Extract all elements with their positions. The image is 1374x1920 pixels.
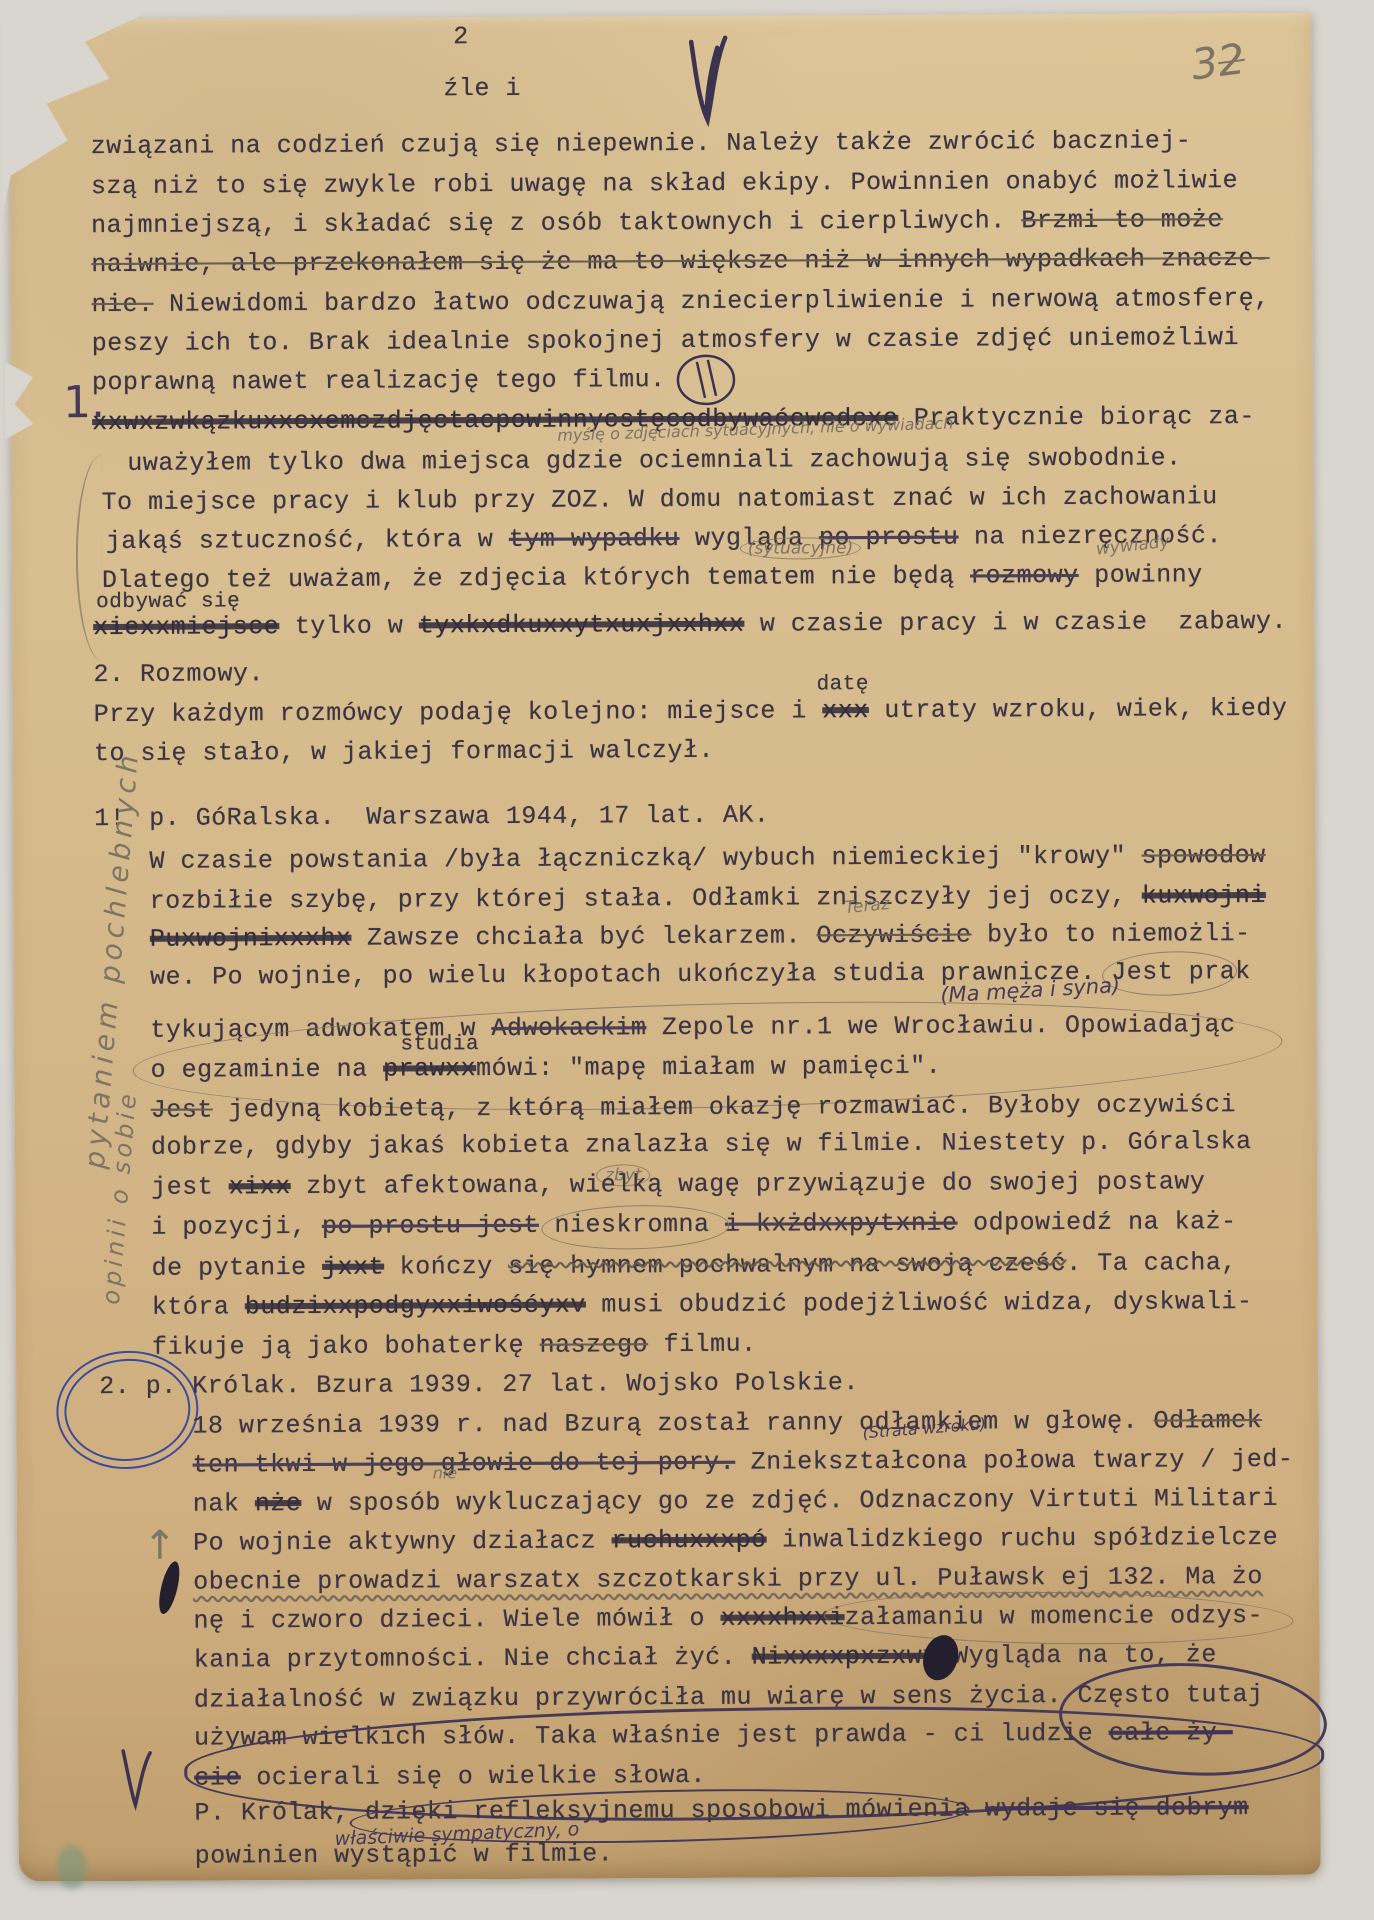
typed-text: inwalidzkiego ruchu spółdzielcze [767, 1523, 1279, 1555]
header-fragment: źle i [443, 75, 521, 104]
typed-line: kania przytomności. Nie chciał żyć. Nixx… [194, 1641, 1217, 1675]
struck-text: Brzmi to może [1021, 205, 1223, 235]
typed-text: W czasie powstania /była łączniczką/ wyb… [149, 842, 1141, 876]
ink-checkmark-icon [681, 34, 734, 130]
ink-check-mark-icon [116, 1745, 156, 1815]
typed-text: rozbiłie szybę, przy której stała. Odłam… [150, 882, 1142, 916]
struck-text: ten tkwi w jego głowie do tej pory. [193, 1448, 736, 1480]
typed-line: to się stało, w jakiej formacji walczył. [94, 737, 714, 769]
handwritten-note-circled: (sytuacyjne) [740, 537, 862, 560]
typed-line: Jest jedyną kobietą, z którą miałem okaz… [151, 1091, 1236, 1125]
typed-text: Zniekształcona połowa twarzy / jed- [735, 1445, 1293, 1477]
typed-text: Należy także zwrócić baczniej- [711, 126, 1192, 158]
typed-line: peszy ich to. Brak idealnie spokojnej at… [92, 324, 1239, 359]
overtyped-text: Nixxxxpxzxwx [752, 1642, 938, 1672]
typed-line: nak nże w sposób wykluczający go ze zdję… [193, 1485, 1278, 1519]
struck-text: rozmowy [970, 561, 1079, 591]
struck-text: Jest [151, 1095, 213, 1124]
struck-text: Odłamek [1154, 1406, 1263, 1436]
struck-text: tym wypadku [509, 524, 680, 554]
typed-text: zbyt afektowana, [291, 1171, 570, 1201]
typed-text: Królak. Bzura 1939. 27 lat. Wojsko Polsk… [177, 1368, 859, 1401]
typed-text: odpowiedź na każ- [957, 1207, 1236, 1237]
handwritten-insertion: nie [433, 1463, 458, 1482]
typed-line: najmniejszą, i składać się z osób taktow… [91, 206, 1223, 241]
typed-line: rozbiłie szybę, przy której stała. Odłam… [150, 882, 1266, 917]
typed-line: de pytanie jxxt kończy się hymnem pochwa… [152, 1249, 1237, 1283]
handwritten-note: Teraz [844, 894, 891, 918]
overtyped-text: xxx [822, 696, 869, 725]
typed-text: kania przytomności. Nie chciał żyć. [194, 1643, 752, 1675]
typed-text: utraty wzroku, wiek, kiedy [869, 694, 1288, 725]
overtyped-text: tyxkxdkuxxytxuxjxxhxx [419, 610, 745, 641]
typed-text: Przy każdym rozmówcy podaję kolejno: mie… [94, 696, 823, 729]
typed-text: i pozycji, [151, 1212, 322, 1242]
typed-text: Niewidomi bardzo łatwo odczuwają zniecie… [153, 284, 1269, 319]
scanned-sheet: 2 32 źle i związani na codzień czują się… [0, 0, 1374, 1920]
typed-text: musi obudzić podejżliwość widza, dyskwal… [586, 1287, 1253, 1319]
typed-text: w sposób [301, 1488, 456, 1518]
typed-text: było to niemożli- [971, 919, 1250, 949]
typed-text: 18 września 1939 r. nad Bzurą został ran… [192, 1407, 1153, 1441]
typed-line: W czasie powstania /była łączniczką/ wyb… [149, 842, 1265, 877]
typed-insertion-above: datę [817, 673, 870, 697]
typed-line: fikuje ją jako bohaterkę naszego filmu. [152, 1331, 757, 1363]
struck-text: spowodow [1142, 841, 1266, 871]
typed-text: na niezręczność. [958, 521, 1222, 551]
typed-line: poprawną nawet realizację tego filmu. [92, 366, 666, 398]
struck-line: naiwnie, ale przekonałem się że ma to wi… [91, 245, 1269, 280]
entry1-heading: p. GóRalska. Warszawa 1944, 17 lat. AK. [149, 802, 769, 834]
struck-text: po prostu jest [322, 1211, 539, 1241]
overtyped-text: kuxwojni [1142, 881, 1266, 911]
typed-line: powinien wystąpić w filmie. [195, 1840, 614, 1871]
typed-text: de pytanie [152, 1253, 323, 1283]
typed-line: Dlatego też uważam, że zdjęcia których t… [102, 561, 1203, 596]
page-number: 2 [453, 23, 469, 52]
struck-text: i kxżdxxpytxnie [725, 1209, 958, 1239]
struck-text: nie. [91, 290, 153, 319]
typed-text: nak [193, 1489, 255, 1518]
typed-text: jedyną kobietą, z którą miałem okazję ro… [213, 1090, 1236, 1124]
overtyped-text: ruchuxxxpó [612, 1526, 767, 1556]
overtyped-text: nże [255, 1489, 302, 1518]
overtyped-text: jxxt [322, 1253, 384, 1282]
overtyped-text: xixx [229, 1172, 291, 1201]
typed-line: 18 września 1939 r. nad Bzurą został ran… [192, 1407, 1262, 1441]
typed-text: Zawsze chciała być lekarzem. [351, 921, 816, 952]
typed-text: związani na codzień czują się niepewnie. [91, 129, 711, 161]
typed-line: Po wojnie aktywny działacz ruchuxxxpó in… [193, 1524, 1278, 1558]
corner-pencil-note: 32 [1188, 34, 1247, 89]
typed-text: nę i czworo dzieci. Wiele mówił o [193, 1604, 720, 1636]
typed-text: fikuje ją jako bohaterkę [152, 1331, 540, 1362]
typed-text: która [152, 1292, 245, 1321]
typed-line: szą niż to się zwykle robi uwagę na skła… [91, 167, 1238, 202]
typed-text: wielką wagę przywiązuje do swojej postaw… [570, 1167, 1206, 1199]
typed-line: nie. Niewidomi bardzo łatwo odczuwają zn… [91, 285, 1269, 320]
typed-text: jakąś sztuczność, która w [106, 525, 509, 556]
typed-text: tylko w [279, 611, 419, 641]
overtyped-text: Puxwojnixxxhx [150, 924, 352, 954]
typed-text: jest [151, 1172, 229, 1201]
struck-text: naszego [540, 1330, 649, 1360]
typed-text: wykluczający go ze zdjęć. Odznaczony Vir… [456, 1484, 1278, 1517]
typed-line: związani na codzień czują się niepewnie.… [91, 127, 1192, 162]
typed-text: P. Królak, [194, 1798, 365, 1828]
typed-text: . Ta cacha, [1066, 1248, 1237, 1278]
typed-line: Puxwojnixxxhx Zawsze chciała być lekarze… [150, 920, 1251, 955]
typed-line: ten tkwi w jego głowie do tej pory. Znie… [193, 1446, 1294, 1481]
typed-line: która budzixxpodgyxxiwośćyxv musi obudzi… [152, 1288, 1253, 1323]
green-stain [57, 1845, 87, 1889]
typed-text: kończy [384, 1252, 508, 1282]
struck-text: Oczywiście [816, 921, 971, 951]
typed-line: jest xixx zbyt afektowana, wielką wagę p… [151, 1168, 1205, 1202]
overtyped-text: xiexxmiejsce [93, 612, 279, 642]
typed-text: powinny [1079, 560, 1203, 590]
ink-scribble-circle-icon [673, 352, 739, 408]
typed-line: jakąś sztuczność, która w tym wypadku wy… [106, 522, 1222, 557]
typed-text: Po wojnie aktywny działacz [193, 1526, 612, 1557]
struck-text: się hymnem pochwalnym na swoją cześć [508, 1249, 1066, 1281]
struck-text: wydaje się dobrym [985, 1793, 1249, 1823]
typed-text: w czasie pracy i w czasie zabawy. [744, 607, 1287, 639]
typed-line: uważyłem tylko dwa miejsca gdzie ociemni… [127, 444, 1181, 478]
typed-text: filmu. [648, 1330, 757, 1360]
typed-text: najmniejszą, i składać się z osób taktow… [91, 206, 1021, 240]
typed-line: dobrze, gdyby jakaś kobieta znalazła się… [151, 1128, 1252, 1163]
overtyped-text: budzixxpodgyxxiwośćyxv [245, 1291, 586, 1322]
entry2-heading: 2. p. Królak. Bzura 1939. 27 lat. Wojsko… [99, 1369, 859, 1402]
typed-line: To miejsce pracy i klub przy ZOZ. W domu… [102, 483, 1218, 518]
entry2-number: 2. p. [99, 1372, 177, 1401]
